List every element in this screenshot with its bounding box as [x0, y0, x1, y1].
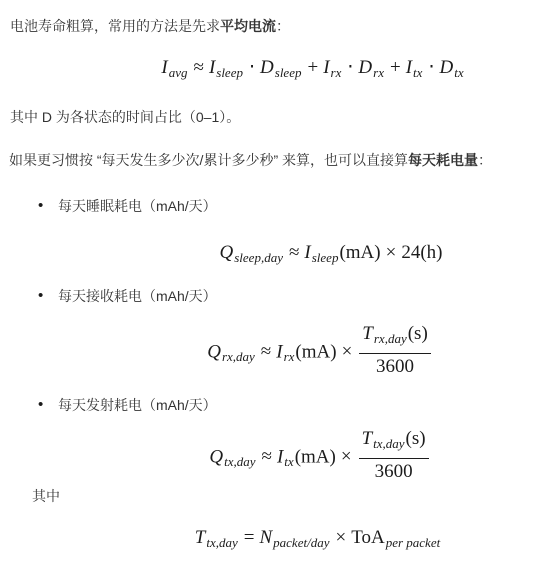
- document: 电池寿命粗算，常用的方法是先求平均电流： Iavg≈Isleep⋅Dsleep+…: [0, 0, 548, 573]
- list-item-label: 每天睡眠耗电（mAh/天）: [58, 198, 217, 214]
- intro-bold-average-current: 平均电流: [220, 18, 276, 34]
- formula-tx-time-definition: Ttx,day=Npacket/day×ToAper packet: [88, 524, 548, 556]
- daily-energy-bold: 每天耗电量: [408, 152, 478, 168]
- paragraph-where: 其中: [32, 486, 60, 506]
- paragraph-daily-energy: 如果更习惯按 “每天发生多少次/累计多少秒” 来算，也可以直接算每天耗电量：: [9, 150, 492, 170]
- paragraph-duty-cycle-note: 其中 D 为各状态的时间占比（0–1）。: [10, 107, 240, 127]
- formula-daily-rx-charge: Qrx,day≈Irx(mA)×Trx,day(s)3600: [92, 324, 548, 382]
- bullet-icon: [38, 197, 43, 214]
- list-item-rx-consumption: 每天接收耗电（mAh/天）: [58, 288, 217, 305]
- paragraph-intro: 电池寿命粗算，常用的方法是先求平均电流：: [10, 16, 290, 36]
- bullet-icon: [38, 287, 43, 304]
- formula-daily-tx-charge: Qtx,day≈Itx(mA)×Ttx,day(s)3600: [92, 429, 548, 487]
- daily-energy-text: 如果更习惯按 “每天发生多少次/累计多少秒” 来算，也可以直接算: [9, 152, 408, 168]
- list-item-sleep-consumption: 每天睡眠耗电（mAh/天）: [58, 198, 217, 215]
- where-text: 其中: [32, 488, 60, 504]
- formula-average-current: Iavg≈Isleep⋅Dsleep+Irx⋅Drx+Itx⋅Dtx: [78, 54, 548, 86]
- list-item-label: 每天接收耗电（mAh/天）: [58, 288, 217, 304]
- daily-energy-colon: ：: [478, 152, 492, 168]
- intro-text: 电池寿命粗算，常用的方法是先求: [10, 18, 220, 34]
- formula-daily-sleep-charge: Qsleep,day≈Isleep(mA)×24(h): [114, 239, 548, 271]
- list-item-label: 每天发射耗电（mAh/天）: [58, 397, 217, 413]
- bullet-icon: [38, 396, 43, 413]
- intro-colon: ：: [276, 18, 290, 34]
- duty-cycle-note-text: 其中 D 为各状态的时间占比（0–1）。: [10, 109, 240, 125]
- list-item-tx-consumption: 每天发射耗电（mAh/天）: [58, 397, 217, 414]
